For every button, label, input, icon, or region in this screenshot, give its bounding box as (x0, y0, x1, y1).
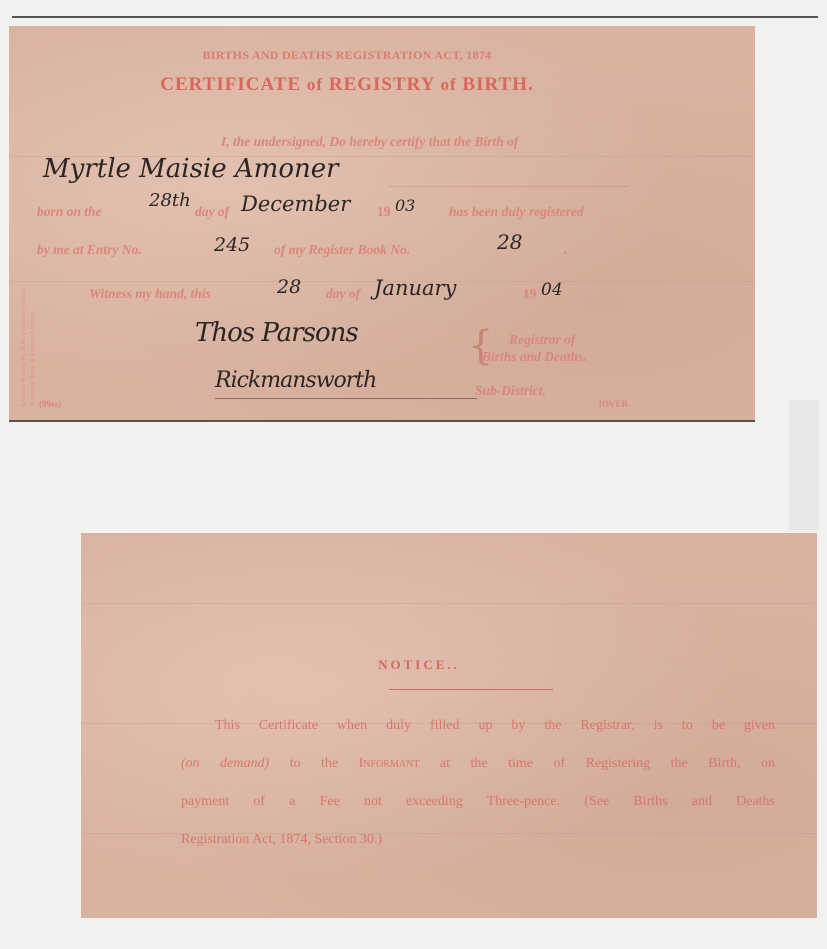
witness-day-of-label: day of (326, 286, 360, 302)
born-on-label: born on the (37, 204, 102, 220)
entry-number: 245 (214, 234, 250, 256)
witness-year-prefix: 19 (523, 286, 537, 302)
title-word: CERTIFICATE (160, 74, 301, 95)
witness-label: Witness my hand, this (89, 286, 211, 302)
notice-body: This Certificate when duly filled up by … (181, 707, 775, 859)
notice-fragment: at the time of Registering the Birth, on (440, 756, 775, 771)
birth-day: 28th (149, 190, 191, 211)
title-word: REGISTRY (329, 74, 435, 95)
witness-year-suffix: 04 (541, 280, 563, 300)
notice-fragment: to the (290, 756, 338, 771)
imprint-line: Waterlow Bros. & Layton, Limited (30, 96, 36, 406)
on-demand: (on demand) (181, 756, 269, 771)
scan-shadow (789, 400, 819, 530)
entry-line-end: . (564, 242, 567, 258)
sub-district-label: Sub-District. (475, 383, 546, 399)
day-of-label: day of (195, 204, 229, 220)
title-word: of (307, 75, 323, 94)
scanner-edge-line (12, 16, 818, 18)
witness-day: 28 (277, 276, 301, 298)
registrar-label: Registrar of (509, 332, 575, 348)
sub-district-name: Rickmansworth (215, 368, 376, 393)
entry-no-label: by me at Entry No. (37, 242, 142, 258)
name-fill-line (389, 186, 629, 187)
sub-district-line (215, 398, 477, 399)
births-deaths-label: Births and Deaths. (482, 349, 587, 365)
register-book-number: 28 (497, 230, 522, 254)
over-label: [OVER. (599, 399, 630, 409)
birth-certificate-back: NOTICE.. This Certificate when duly fill… (81, 533, 817, 918)
notice-line: This Certificate when duly filled up by … (181, 707, 775, 745)
form-code: (89ss) (39, 399, 61, 409)
duly-registered-label: has been duly registered (449, 204, 584, 220)
notice-line: Registration Act, 1874, Section 30.) (181, 821, 775, 859)
title-word: BIRTH. (462, 74, 533, 95)
paper-fold (81, 603, 817, 604)
birth-year-suffix: 03 (395, 196, 415, 215)
child-name: Myrtle Maisie Amoner (43, 154, 339, 184)
certificate-title: CERTIFICATE of REGISTRY of BIRTH. (0, 74, 720, 96)
notice-line: (on demand) to the Informant at the time… (181, 745, 775, 783)
certify-statement: I, the undersigned, Do hereby certify th… (221, 134, 518, 150)
notice-title: NOTICE.. (51, 657, 787, 673)
birth-year-prefix: 19 (377, 204, 391, 220)
notice-divider (389, 689, 553, 690)
registrar-signature: Thos Parsons (195, 318, 358, 348)
birth-month: December (241, 192, 350, 216)
act-heading: BIRTHS AND DEATHS REGISTRATION ACT, 1874 (0, 48, 720, 63)
notice-line: payment of a Fee not exceeding Three-pen… (181, 783, 775, 821)
informant: Informant (359, 756, 420, 771)
register-book-label: of my Register Book No. (274, 242, 410, 258)
birth-certificate-front: London: Printed for H.M. Stationery Offi… (9, 26, 755, 420)
imprint-line: London: Printed for H.M. Stationery Offi… (21, 96, 27, 406)
title-word: of (440, 75, 456, 94)
witness-month: January (374, 276, 456, 300)
